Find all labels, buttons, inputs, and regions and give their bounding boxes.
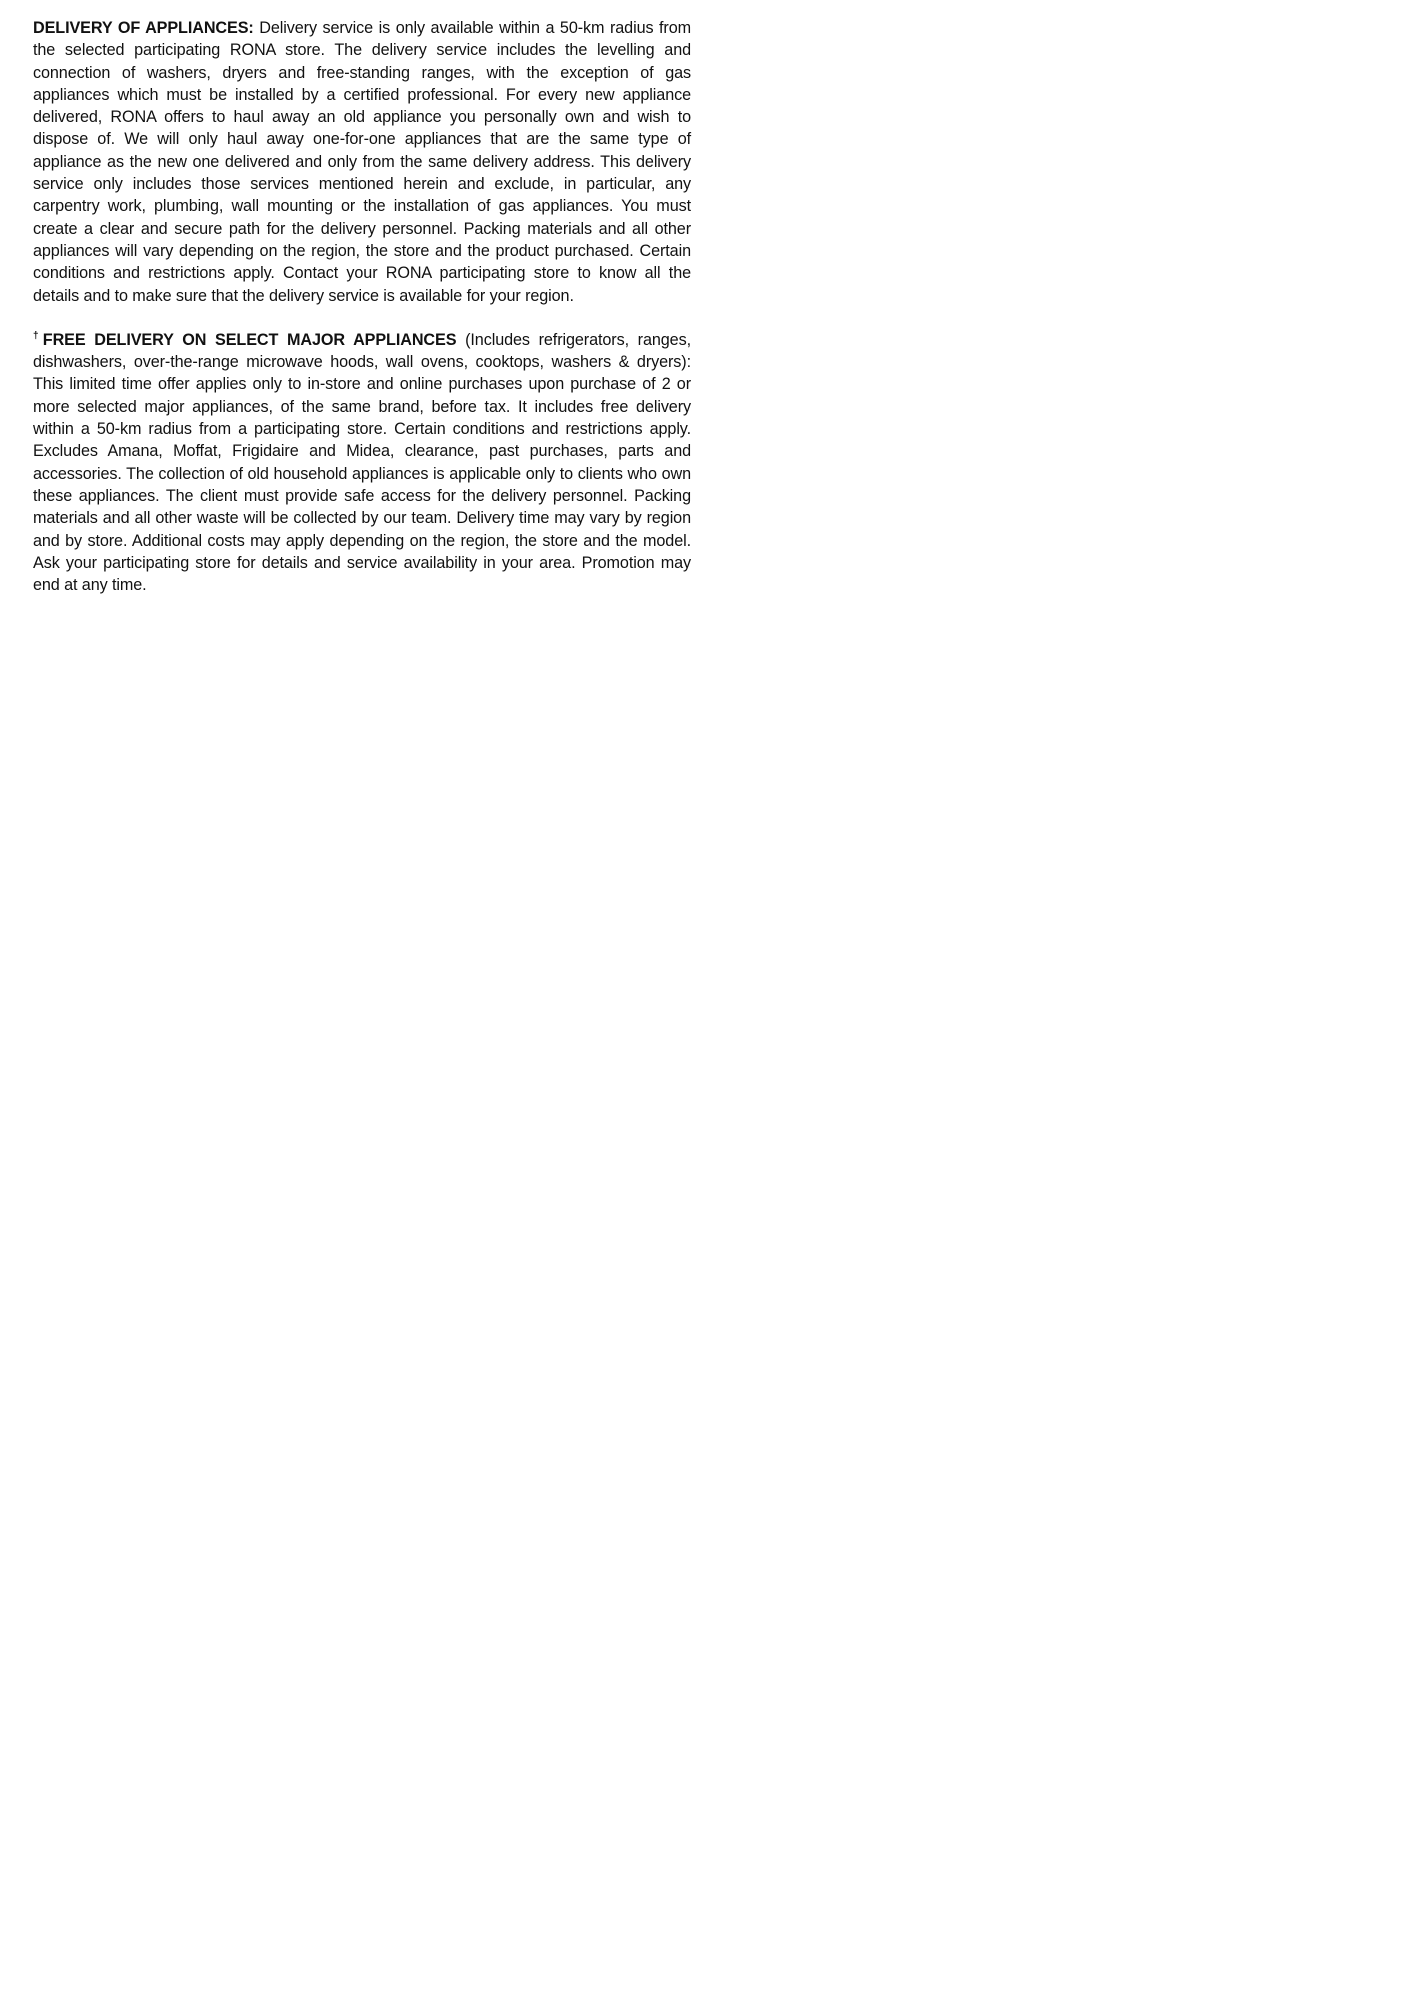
- dagger-footnote-marker: †: [33, 330, 43, 341]
- delivery-of-appliances-heading: DELIVERY OF APPLIANCES:: [33, 19, 254, 37]
- delivery-of-appliances-body: Delivery service is only available withi…: [33, 19, 691, 305]
- legal-disclaimer-block: DELIVERY OF APPLIANCES: Delivery service…: [33, 17, 691, 618]
- free-delivery-heading: FREE DELIVERY ON SELECT MAJOR APPLIANCES: [43, 331, 457, 349]
- free-delivery-paragraph: †FREE DELIVERY ON SELECT MAJOR APPLIANCE…: [33, 329, 691, 597]
- delivery-of-appliances-paragraph: DELIVERY OF APPLIANCES: Delivery service…: [33, 17, 691, 307]
- free-delivery-body: (Includes refrigerators, ranges, dishwas…: [33, 331, 691, 594]
